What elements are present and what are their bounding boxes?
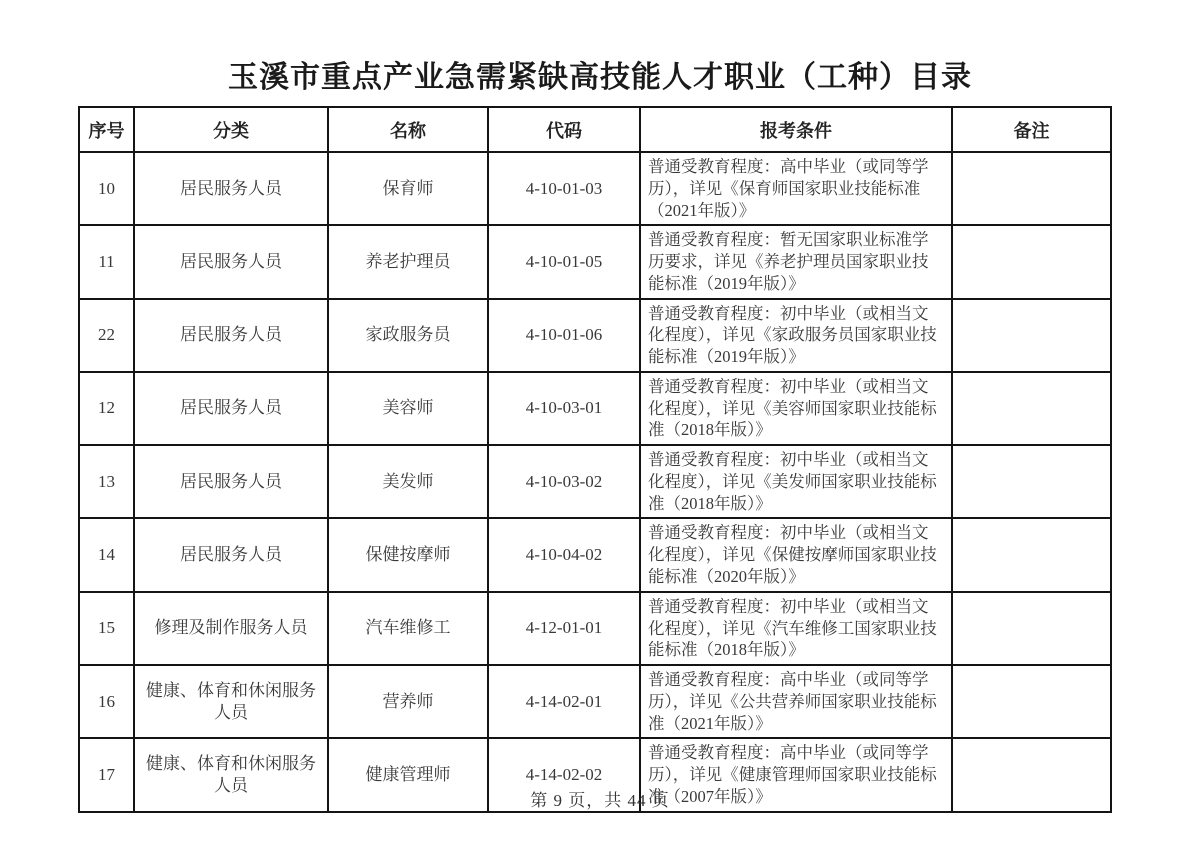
- cell-code: 4-10-01-05: [488, 225, 640, 298]
- cell-category: 居民服务人员: [134, 518, 328, 591]
- header-row: 序号 分类 名称 代码 报考条件 备注: [79, 107, 1111, 152]
- cell-name: 汽车维修工: [328, 592, 488, 665]
- cell-code: 4-12-01-01: [488, 592, 640, 665]
- table-row: 16健康、体育和休闲服务人员营养师4-14-02-01普通受教育程度：高中毕业（…: [79, 665, 1111, 738]
- document-page: 玉溪市重点产业急需紧缺高技能人才职业（工种）目录 序号 分类 名称 代码 报考条…: [0, 0, 1200, 848]
- table-row: 22居民服务人员家政服务员4-10-01-06普通受教育程度：初中毕业（或相当文…: [79, 299, 1111, 372]
- cell-remark: [952, 445, 1111, 518]
- cell-code: 4-14-02-01: [488, 665, 640, 738]
- table-row: 14居民服务人员保健按摩师4-10-04-02普通受教育程度：初中毕业（或相当文…: [79, 518, 1111, 591]
- cell-category: 居民服务人员: [134, 299, 328, 372]
- table-row: 11居民服务人员养老护理员4-10-01-05普通受教育程度：暂无国家职业标准学…: [79, 225, 1111, 298]
- cell-code: 4-10-03-01: [488, 372, 640, 445]
- cell-name: 养老护理员: [328, 225, 488, 298]
- cell-no: 10: [79, 152, 134, 225]
- catalog-table: 序号 分类 名称 代码 报考条件 备注 10居民服务人员保育师4-10-01-0…: [78, 106, 1112, 813]
- table-row: 12居民服务人员美容师4-10-03-01普通受教育程度：初中毕业（或相当文化程…: [79, 372, 1111, 445]
- table-row: 13居民服务人员美发师4-10-03-02普通受教育程度：初中毕业（或相当文化程…: [79, 445, 1111, 518]
- cell-name: 家政服务员: [328, 299, 488, 372]
- cell-category: 居民服务人员: [134, 372, 328, 445]
- col-header-condition: 报考条件: [640, 107, 952, 152]
- cell-name: 美发师: [328, 445, 488, 518]
- cell-no: 22: [79, 299, 134, 372]
- table-row: 15修理及制作服务人员汽车维修工4-12-01-01普通受教育程度：初中毕业（或…: [79, 592, 1111, 665]
- cell-category: 修理及制作服务人员: [134, 592, 328, 665]
- cell-condition: 普通受教育程度：初中毕业（或相当文化程度），详见《美容师国家职业技能标准（201…: [640, 372, 952, 445]
- cell-code: 4-10-03-02: [488, 445, 640, 518]
- col-header-name: 名称: [328, 107, 488, 152]
- cell-no: 16: [79, 665, 134, 738]
- cell-remark: [952, 152, 1111, 225]
- cell-category: 居民服务人员: [134, 445, 328, 518]
- cell-name: 营养师: [328, 665, 488, 738]
- page-title: 玉溪市重点产业急需紧缺高技能人才职业（工种）目录: [0, 52, 1200, 96]
- col-header-remark: 备注: [952, 107, 1111, 152]
- table-body: 10居民服务人员保育师4-10-01-03普通受教育程度：高中毕业（或同等学历）…: [79, 152, 1111, 812]
- cell-remark: [952, 665, 1111, 738]
- cell-category: 居民服务人员: [134, 225, 328, 298]
- cell-no: 15: [79, 592, 134, 665]
- cell-code: 4-10-01-03: [488, 152, 640, 225]
- cell-remark: [952, 299, 1111, 372]
- cell-condition: 普通受教育程度：初中毕业（或相当文化程度），详见《美发师国家职业技能标准（201…: [640, 445, 952, 518]
- col-header-code: 代码: [488, 107, 640, 152]
- cell-remark: [952, 592, 1111, 665]
- cell-condition: 普通受教育程度：初中毕业（或相当文化程度），详见《汽车维修工国家职业技能标准（2…: [640, 592, 952, 665]
- cell-condition: 普通受教育程度：初中毕业（或相当文化程度），详见《保健按摩师国家职业技能标准（2…: [640, 518, 952, 591]
- cell-condition: 普通受教育程度：高中毕业（或同等学历），详见《公共营养师国家职业技能标准（202…: [640, 665, 952, 738]
- cell-name: 保健按摩师: [328, 518, 488, 591]
- col-header-no: 序号: [79, 107, 134, 152]
- col-header-category: 分类: [134, 107, 328, 152]
- cell-category: 健康、体育和休闲服务人员: [134, 665, 328, 738]
- table-row: 10居民服务人员保育师4-10-01-03普通受教育程度：高中毕业（或同等学历）…: [79, 152, 1111, 225]
- cell-name: 保育师: [328, 152, 488, 225]
- cell-no: 12: [79, 372, 134, 445]
- cell-condition: 普通受教育程度：初中毕业（或相当文化程度），详见《家政服务员国家职业技能标准（2…: [640, 299, 952, 372]
- cell-code: 4-10-01-06: [488, 299, 640, 372]
- cell-remark: [952, 225, 1111, 298]
- cell-condition: 普通受教育程度：高中毕业（或同等学历），详见《保育师国家职业技能标准（2021年…: [640, 152, 952, 225]
- cell-code: 4-10-04-02: [488, 518, 640, 591]
- cell-remark: [952, 518, 1111, 591]
- cell-no: 14: [79, 518, 134, 591]
- cell-remark: [952, 372, 1111, 445]
- cell-no: 13: [79, 445, 134, 518]
- cell-no: 11: [79, 225, 134, 298]
- page-number: 第 9 页，共 44 页: [0, 786, 1200, 811]
- cell-condition: 普通受教育程度：暂无国家职业标准学历要求，详见《养老护理员国家职业技能标准（20…: [640, 225, 952, 298]
- cell-category: 居民服务人员: [134, 152, 328, 225]
- cell-name: 美容师: [328, 372, 488, 445]
